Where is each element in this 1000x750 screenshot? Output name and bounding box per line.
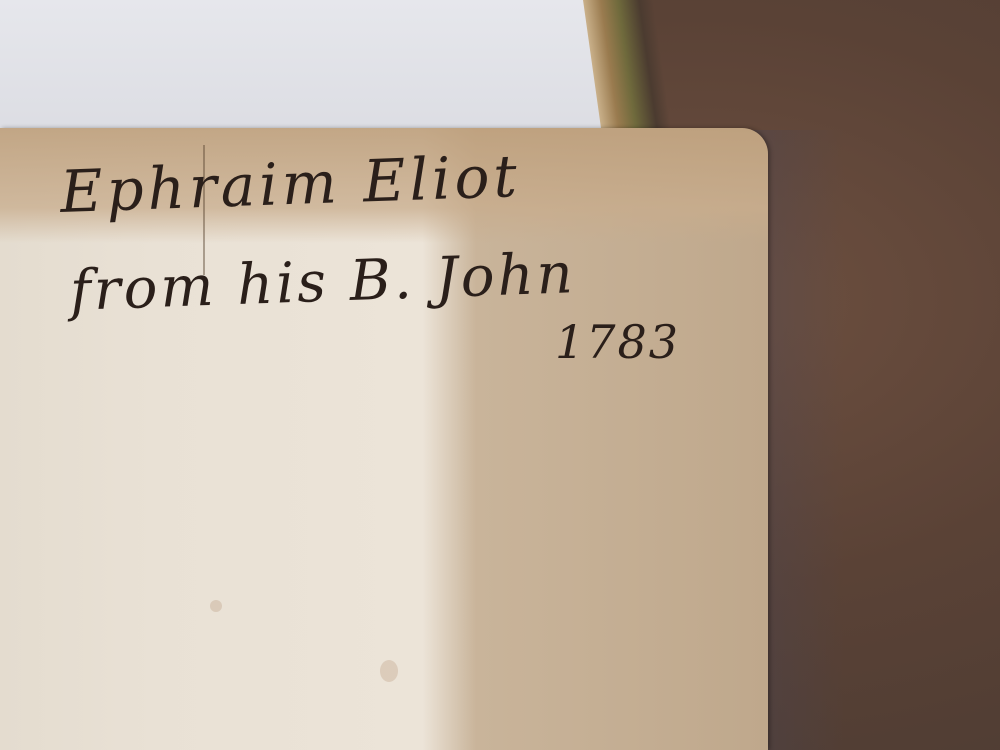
inscription-year: 1783 bbox=[555, 315, 680, 369]
foxing-spot bbox=[380, 660, 398, 682]
leather-cover-shadow bbox=[740, 130, 1000, 750]
background-sheet bbox=[0, 0, 610, 135]
foxing-spot bbox=[210, 600, 222, 612]
